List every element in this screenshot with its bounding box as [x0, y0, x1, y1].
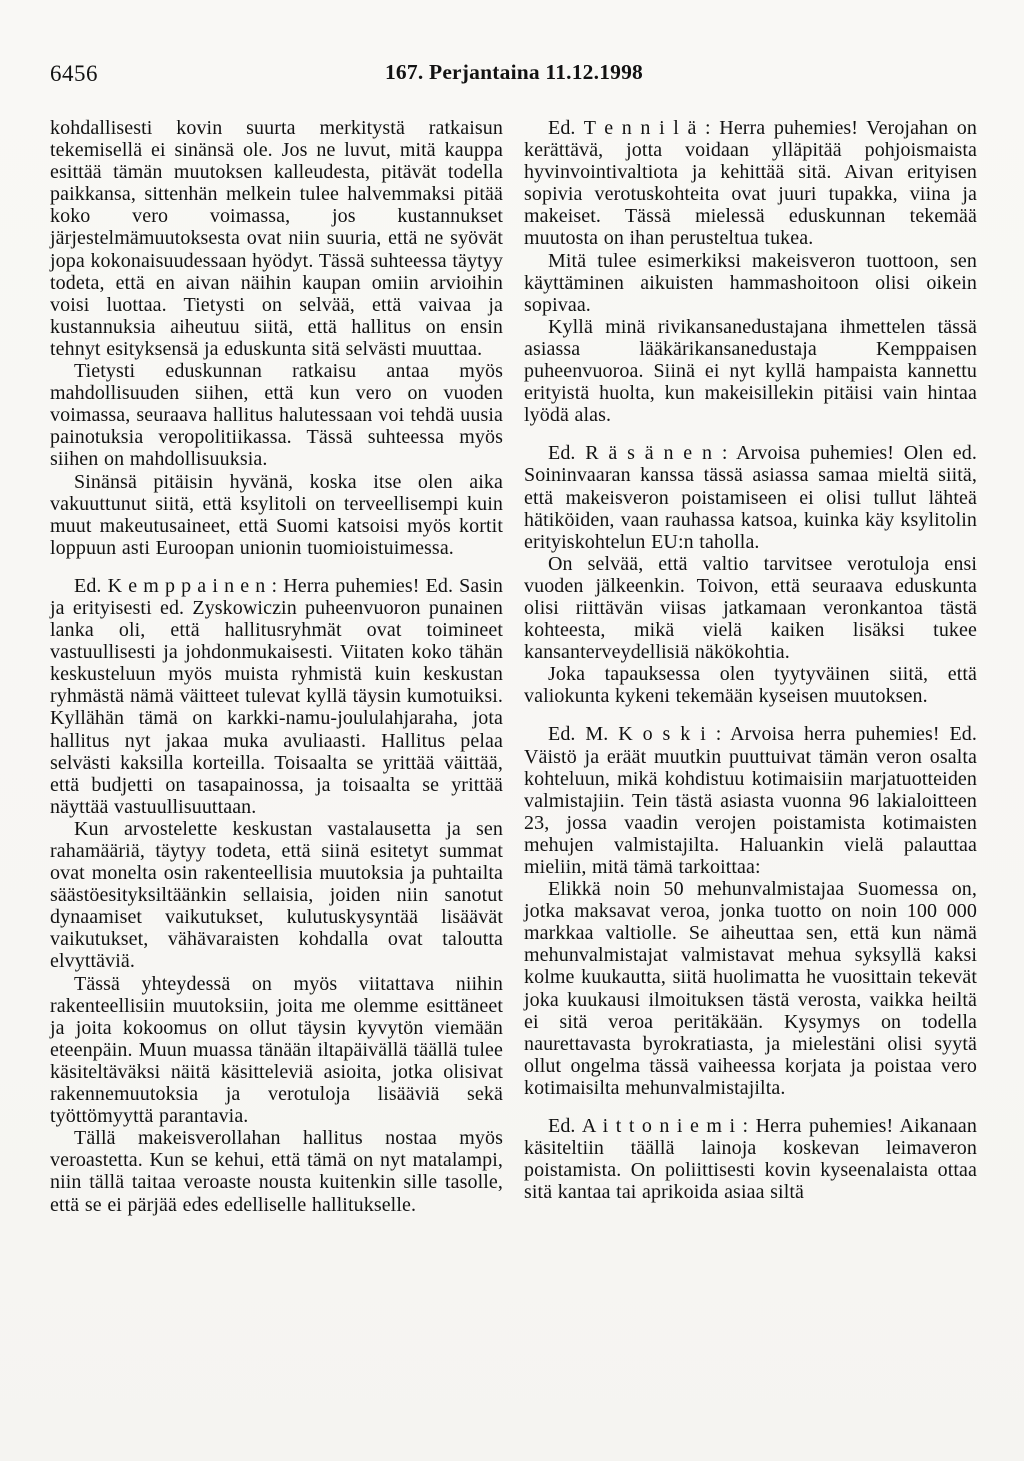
session-title: 167. Perjantaina 11.12.1998: [50, 60, 978, 85]
speech-paragraph: Ed. A i t t o n i e m i : Herra puhemies…: [524, 1115, 977, 1203]
speech-paragraph: Ed. T e n n i l ä : Herra puhemies! Vero…: [524, 117, 977, 250]
paragraph: Sinänsä pitäisin hyvänä, koska itse olen…: [50, 471, 503, 559]
speech-paragraph: Ed. K e m p p a i n e n : Herra puhemies…: [50, 575, 503, 818]
paragraph: Tietysti eduskunnan ratkaisu antaa myös …: [50, 360, 503, 470]
paragraph: Tässä yhteydessä on myös viitattava niih…: [50, 973, 503, 1128]
paragraph: Mitä tulee esimerkiksi makeisveron tuott…: [524, 250, 977, 316]
paragraph: Tällä makeisverollahan hallitus nostaa m…: [50, 1127, 503, 1215]
document-page: 6456 167. Perjantaina 11.12.1998 kohdall…: [0, 0, 1024, 1461]
speech-paragraph: Ed. M. K o s k i : Arvoisa herra puhemie…: [524, 723, 977, 878]
paragraph: Elikkä noin 50 mehunvalmistajaa Suomessa…: [524, 878, 977, 1099]
page-content: kohdallisesti kovin suurta merkitystä ra…: [50, 117, 978, 1216]
paragraph: Kyllä minä rivikansanedustajana ihmettel…: [524, 316, 977, 426]
speech-paragraph: Ed. R ä s ä n e n : Arvoisa puhemies! Ol…: [524, 442, 977, 552]
page-header: 6456 167. Perjantaina 11.12.1998: [50, 60, 978, 90]
paragraph: kohdallisesti kovin suurta merkitystä ra…: [50, 117, 503, 360]
left-column: kohdallisesti kovin suurta merkitystä ra…: [50, 117, 503, 1216]
paragraph: On selvää, että valtio tarvitsee verotul…: [524, 553, 977, 663]
right-column: Ed. T e n n i l ä : Herra puhemies! Vero…: [524, 117, 977, 1216]
paragraph: Kun arvostelette keskustan vastalausetta…: [50, 818, 503, 973]
paragraph: Joka tapauksessa olen tyytyväinen siitä,…: [524, 663, 977, 707]
